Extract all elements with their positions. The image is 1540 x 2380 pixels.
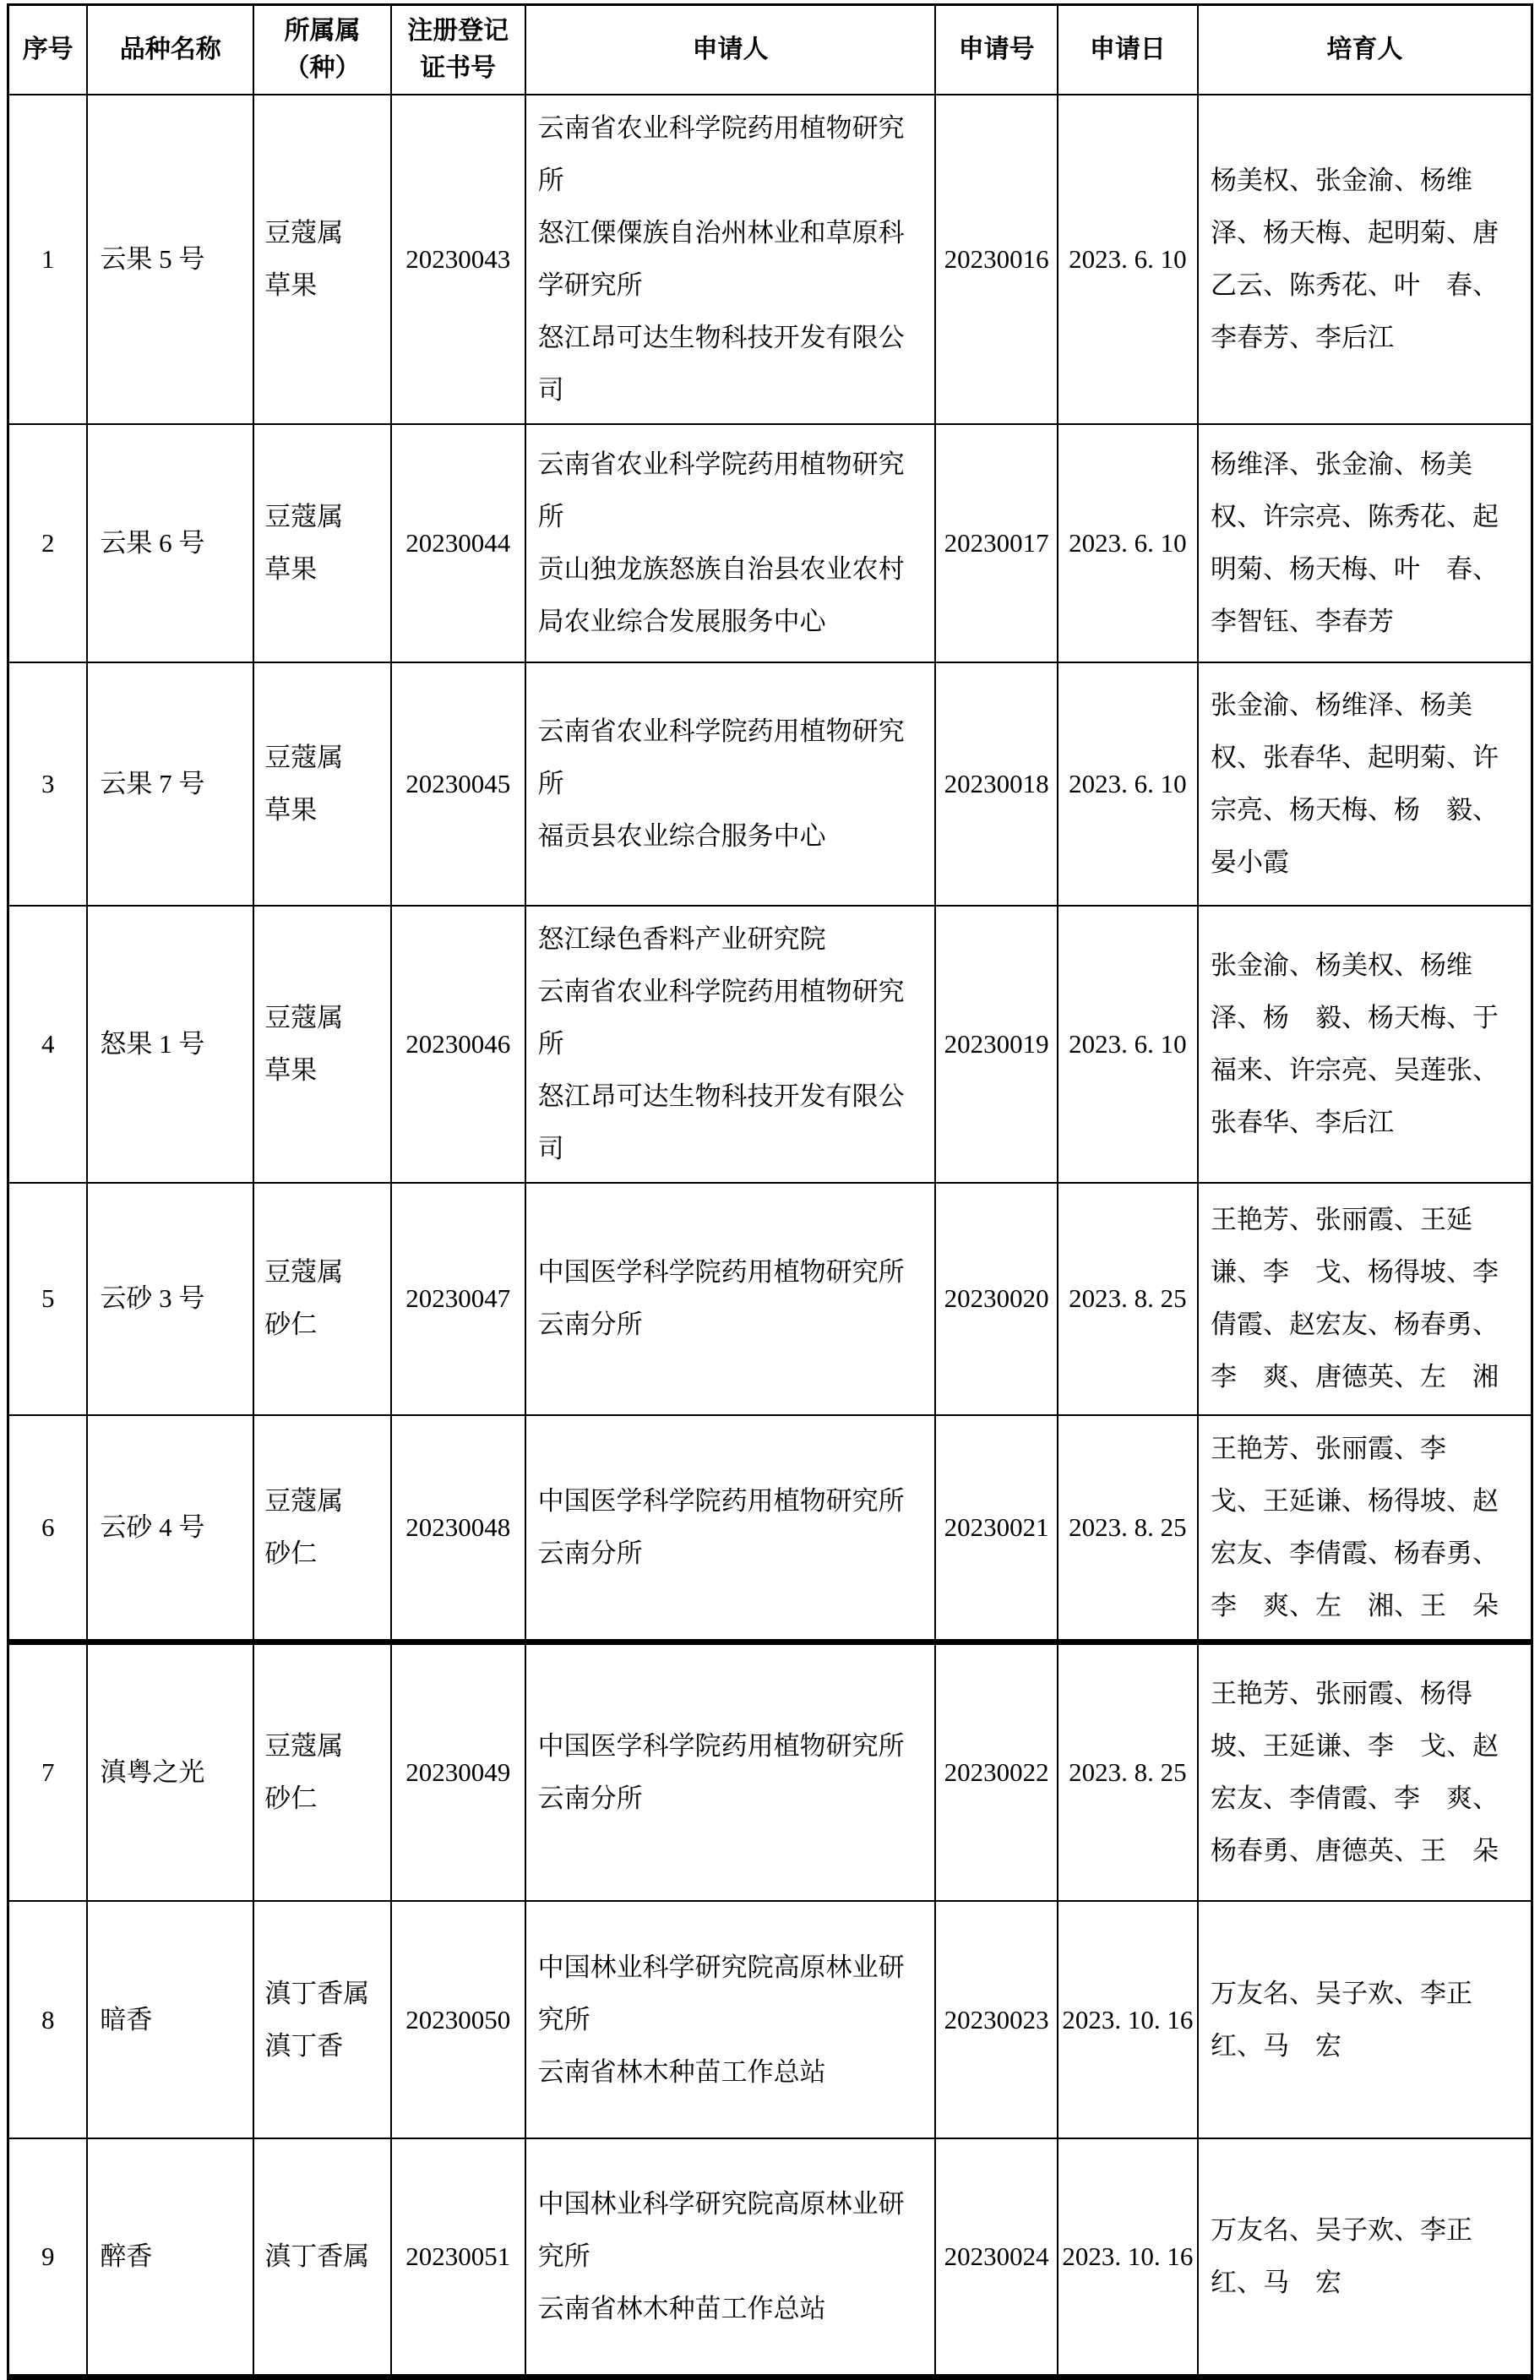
- row-number: 6: [8, 1415, 88, 1642]
- breeders: 万友名、吴子欢、李正红、马 宏: [1198, 2138, 1532, 2377]
- variety-name: 云砂 4 号: [87, 1415, 253, 1642]
- genus-cell: 豆蔻属砂仁: [253, 1415, 391, 1642]
- genus-line: 豆蔻属: [264, 491, 382, 543]
- application-date: 2023. 6. 10: [1058, 424, 1198, 662]
- header-line: 申请人: [528, 31, 933, 68]
- row-number: 3: [8, 662, 88, 906]
- variety-name: 云果 6 号: [87, 424, 253, 662]
- genus-line: 豆蔻属: [264, 1720, 382, 1773]
- application-date: 2023. 6. 10: [1058, 662, 1198, 906]
- applicant-line: 中国医学科学院药用植物研究所云南分所: [538, 1246, 928, 1351]
- table-row: 3 云果 7 号 豆蔻属草果 20230045 云南省农业科学院药用植物研究所福…: [8, 662, 1532, 906]
- genus-line: 滇丁香属: [264, 1968, 382, 2020]
- application-no: 20230016: [935, 95, 1057, 424]
- registration-table: 序号品种名称所属属（种）注册登记证书号申请人申请号申请日培育人 1 云果 5 号…: [7, 3, 1533, 2380]
- header-variety: 品种名称: [87, 5, 253, 95]
- applicant-line: 中国医学科学院药用植物研究所云南分所: [538, 1720, 928, 1825]
- genus-line: 草果: [264, 784, 382, 836]
- table-row: 4 怒果 1 号 豆蔻属草果 20230046 怒江绿色香料产业研究院云南省农业…: [8, 906, 1532, 1183]
- variety-name: 暗香: [87, 1901, 253, 2138]
- applicant-line: 云南省林木种苗工作总站: [538, 2283, 928, 2335]
- application-date: 2023. 8. 25: [1058, 1415, 1198, 1642]
- genus-line: 滇丁香: [264, 2020, 382, 2072]
- genus-cell: 滇丁香属: [253, 2138, 391, 2377]
- table-header-row: 序号品种名称所属属（种）注册登记证书号申请人申请号申请日培育人: [8, 5, 1532, 95]
- variety-name: 云果 5 号: [87, 95, 253, 424]
- table-row: 5 云砂 3 号 豆蔻属砂仁 20230047 中国医学科学院药用植物研究所云南…: [8, 1183, 1532, 1415]
- application-no: 20230021: [935, 1415, 1057, 1642]
- genus-line: 豆蔻属: [264, 992, 382, 1044]
- genus-line: 豆蔻属: [264, 1475, 382, 1528]
- header-line: 序号: [11, 31, 84, 68]
- applicant-line: 云南省林木种苗工作总站: [538, 2046, 928, 2099]
- header-date: 申请日: [1058, 5, 1198, 95]
- applicant-line: 中国林业科学研究院高原林业研究所: [538, 2178, 928, 2283]
- variety-name: 怒果 1 号: [87, 906, 253, 1183]
- applicant-line: 云南省农业科学院药用植物研究所: [538, 102, 928, 207]
- header-line: 申请日: [1060, 31, 1195, 68]
- application-no: 20230018: [935, 662, 1057, 906]
- certificate-no: 20230050: [391, 1901, 525, 2138]
- applicant-cell: 中国医学科学院药用植物研究所云南分所: [525, 1183, 936, 1415]
- application-no: 20230022: [935, 1642, 1057, 1901]
- applicant-line: 福贡县农业综合服务中心: [538, 810, 928, 863]
- header-genus: 所属属（种）: [253, 5, 391, 95]
- genus-cell: 豆蔻属砂仁: [253, 1642, 391, 1901]
- certificate-no: 20230051: [391, 2138, 525, 2377]
- applicant-cell: 云南省农业科学院药用植物研究所贡山独龙族怒族自治县农业农村局农业综合发展服务中心: [525, 424, 936, 662]
- header-line: 品种名称: [90, 31, 251, 68]
- certificate-no: 20230044: [391, 424, 525, 662]
- header-line: 证书号: [394, 50, 523, 87]
- breeders: 王艳芳、张丽霞、李 戈、王延谦、杨得坡、赵宏友、李倩霞、杨春勇、李 爽、左 湘、…: [1198, 1415, 1532, 1642]
- genus-line: 草果: [264, 543, 382, 596]
- row-number: 2: [8, 424, 88, 662]
- table-row: 9 醉香 滇丁香属 20230051 中国林业科学研究院高原林业研究所云南省林木…: [8, 2138, 1532, 2377]
- application-date: 2023. 10. 16: [1058, 1901, 1198, 2138]
- genus-line: 豆蔻属: [264, 1246, 382, 1299]
- genus-line: 草果: [264, 1044, 382, 1097]
- breeders: 张金渝、杨美权、杨维泽、杨 毅、杨天梅、于福来、许宗亮、吴莲张、张春华、李后江: [1198, 906, 1532, 1183]
- applicant-line: 中国林业科学研究院高原林业研究所: [538, 1942, 928, 2046]
- row-number: 5: [8, 1183, 88, 1415]
- application-no: 20230024: [935, 2138, 1057, 2377]
- genus-line: 砂仁: [264, 1299, 382, 1351]
- breeders: 王艳芳、张丽霞、王延谦、李 戈、杨得坡、李倩霞、赵宏友、杨春勇、李 爽、唐德英、…: [1198, 1183, 1532, 1415]
- document-page: 序号品种名称所属属（种）注册登记证书号申请人申请号申请日培育人 1 云果 5 号…: [0, 0, 1540, 2366]
- table-row: 1 云果 5 号 豆蔻属草果 20230043 云南省农业科学院药用植物研究所怒…: [8, 95, 1532, 424]
- header-line: （种）: [256, 50, 389, 87]
- applicant-line: 怒江昂可达生物科技开发有限公司: [538, 312, 928, 417]
- applicant-cell: 云南省农业科学院药用植物研究所福贡县农业综合服务中心: [525, 662, 936, 906]
- genus-cell: 豆蔻属草果: [253, 906, 391, 1183]
- genus-line: 砂仁: [264, 1773, 382, 1825]
- row-number: 4: [8, 906, 88, 1183]
- genus-cell: 豆蔻属草果: [253, 662, 391, 906]
- application-no: 20230023: [935, 1901, 1057, 2138]
- header-line: 所属属: [256, 13, 389, 50]
- applicant-line: 中国医学科学院药用植物研究所云南分所: [538, 1475, 928, 1580]
- certificate-no: 20230048: [391, 1415, 525, 1642]
- header-breeders: 培育人: [1198, 5, 1532, 95]
- row-number: 1: [8, 95, 88, 424]
- applicant-cell: 中国医学科学院药用植物研究所云南分所: [525, 1415, 936, 1642]
- certificate-no: 20230049: [391, 1642, 525, 1901]
- table-row: 6 云砂 4 号 豆蔻属砂仁 20230048 中国医学科学院药用植物研究所云南…: [8, 1415, 1532, 1642]
- applicant-line: 怒江傈僳族自治州林业和草原科学研究所: [538, 207, 928, 312]
- applicant-cell: 怒江绿色香料产业研究院云南省农业科学院药用植物研究所怒江昂可达生物科技开发有限公…: [525, 906, 936, 1183]
- application-date: 2023. 8. 25: [1058, 1642, 1198, 1901]
- certificate-no: 20230046: [391, 906, 525, 1183]
- applicant-cell: 云南省农业科学院药用植物研究所怒江傈僳族自治州林业和草原科学研究所怒江昂可达生物…: [525, 95, 936, 424]
- genus-cell: 豆蔻属草果: [253, 95, 391, 424]
- applicant-line: 云南省农业科学院药用植物研究所: [538, 705, 928, 810]
- genus-line: 豆蔻属: [264, 732, 382, 784]
- application-date: 2023. 6. 10: [1058, 95, 1198, 424]
- header-line: 申请号: [938, 31, 1054, 68]
- header-appno: 申请号: [935, 5, 1057, 95]
- application-date: 2023. 10. 16: [1058, 2138, 1198, 2377]
- breeders: 张金渝、杨维泽、杨美权、张春华、起明菊、许宗亮、杨天梅、杨 毅、晏小霞: [1198, 662, 1532, 906]
- genus-line: 草果: [264, 259, 382, 312]
- breeders: 万友名、吴子欢、李正红、马 宏: [1198, 1901, 1532, 2138]
- header-line: 注册登记: [394, 13, 523, 50]
- row-number: 7: [8, 1642, 88, 1901]
- application-no: 20230020: [935, 1183, 1057, 1415]
- table-row: 7 滇粤之光 豆蔻属砂仁 20230049 中国医学科学院药用植物研究所云南分所…: [8, 1642, 1532, 1901]
- applicant-cell: 中国林业科学研究院高原林业研究所云南省林木种苗工作总站: [525, 1901, 936, 2138]
- header-line: 培育人: [1200, 31, 1529, 68]
- genus-line: 豆蔻属: [264, 207, 382, 259]
- table-row: 2 云果 6 号 豆蔻属草果 20230044 云南省农业科学院药用植物研究所贡…: [8, 424, 1532, 662]
- row-number: 8: [8, 1901, 88, 2138]
- applicant-line: 贡山独龙族怒族自治县农业农村局农业综合发展服务中心: [538, 543, 928, 648]
- genus-cell: 滇丁香属滇丁香: [253, 1901, 391, 2138]
- application-date: 2023. 6. 10: [1058, 906, 1198, 1183]
- applicant-line: 云南省农业科学院药用植物研究所: [538, 966, 928, 1070]
- genus-line: 砂仁: [264, 1528, 382, 1580]
- certificate-no: 20230047: [391, 1183, 525, 1415]
- application-no: 20230017: [935, 424, 1057, 662]
- variety-name: 云果 7 号: [87, 662, 253, 906]
- variety-name: 滇粤之光: [87, 1642, 253, 1901]
- applicant-line: 云南省农业科学院药用植物研究所: [538, 438, 928, 543]
- applicant-cell: 中国医学科学院药用植物研究所云南分所: [525, 1642, 936, 1901]
- applicant-line: 怒江绿色香料产业研究院: [538, 913, 928, 966]
- applicant-cell: 中国林业科学研究院高原林业研究所云南省林木种苗工作总站: [525, 2138, 936, 2377]
- genus-line: 滇丁香属: [264, 2230, 382, 2283]
- breeders: 杨维泽、张金渝、杨美权、许宗亮、陈秀花、起明菊、杨天梅、叶 春、李智钰、李春芳: [1198, 424, 1532, 662]
- certificate-no: 20230045: [391, 662, 525, 906]
- application-date: 2023. 8. 25: [1058, 1183, 1198, 1415]
- application-no: 20230019: [935, 906, 1057, 1183]
- applicant-line: 怒江昂可达生物科技开发有限公司: [538, 1070, 928, 1175]
- header-cert: 注册登记证书号: [391, 5, 525, 95]
- genus-cell: 豆蔻属砂仁: [253, 1183, 391, 1415]
- breeders: 王艳芳、张丽霞、杨得坡、王延谦、李 戈、赵宏友、李倩霞、李 爽、杨春勇、唐德英、…: [1198, 1642, 1532, 1901]
- table-row: 8 暗香 滇丁香属滇丁香 20230050 中国林业科学研究院高原林业研究所云南…: [8, 1901, 1532, 2138]
- certificate-no: 20230043: [391, 95, 525, 424]
- genus-cell: 豆蔻属草果: [253, 424, 391, 662]
- breeders: 杨美权、张金渝、杨维泽、杨天梅、起明菊、唐乙云、陈秀花、叶 春、李春芳、李后江: [1198, 95, 1532, 424]
- row-number: 9: [8, 2138, 88, 2377]
- table-body: 1 云果 5 号 豆蔻属草果 20230043 云南省农业科学院药用植物研究所怒…: [8, 95, 1532, 2377]
- header-applicant: 申请人: [525, 5, 936, 95]
- variety-name: 醉香: [87, 2138, 253, 2377]
- header-no: 序号: [8, 5, 88, 95]
- variety-name: 云砂 3 号: [87, 1183, 253, 1415]
